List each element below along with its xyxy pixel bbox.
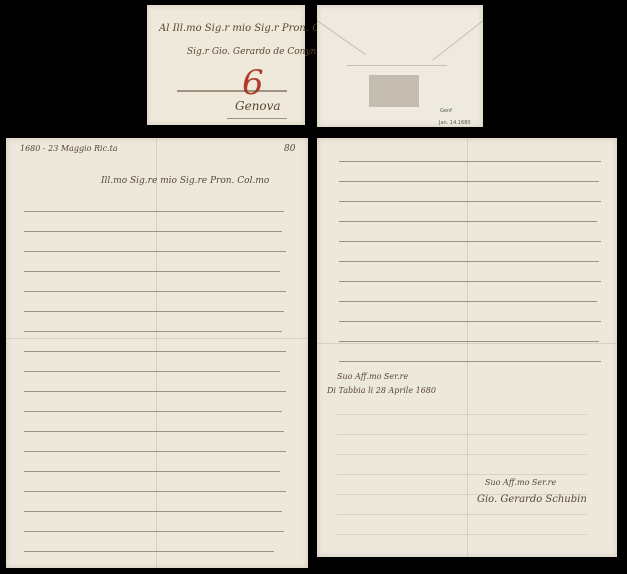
destination-underline (227, 117, 287, 119)
postal-rate-mark: 6 (242, 63, 264, 103)
pencil-note-1: Genf (440, 108, 452, 114)
header-note: 1680 - 23 Maggio Ric.ta (20, 144, 118, 153)
closing-date: Di Tabbia li 28 Aprile 1680 (327, 386, 436, 395)
flap-crease-left (317, 20, 366, 55)
destination-city: Genova (235, 99, 281, 113)
flap-crease-right (432, 17, 483, 61)
address-line-2: Sig.r Gio. Gerardo de Conyn (187, 47, 316, 57)
fold-horizontal (317, 343, 617, 344)
signature: Gio. Gerardo Schubin (477, 494, 587, 505)
fold-vertical (156, 138, 157, 568)
envelope-back: Genf Jan. 14.1680 (317, 5, 483, 127)
closing-formula-top: Suo Aff.mo Ser.re (337, 372, 408, 381)
fold-horizontal (6, 338, 308, 339)
page-number: 80 (284, 144, 295, 154)
envelope-front: Al Ill.mo Sig.r mio Sig.r Pron. Col.mo S… (147, 5, 305, 125)
pencil-note-2: Jan. 14.1680 (439, 120, 471, 126)
address-underline (177, 89, 287, 92)
salutation: Ill.mo Sig.re mio Sig.re Pron. Col.mo (101, 176, 269, 186)
letter-page-1: 1680 - 23 Maggio Ric.ta 80 Ill.mo Sig.re… (6, 138, 308, 568)
wax-seal-remnant (369, 75, 419, 107)
closing-formula: Suo Aff.mo Ser.re (485, 478, 556, 487)
letter-page-2: Suo Aff.mo Ser.re Di Tabbia li 28 Aprile… (317, 138, 617, 557)
flap-edge (347, 65, 447, 66)
